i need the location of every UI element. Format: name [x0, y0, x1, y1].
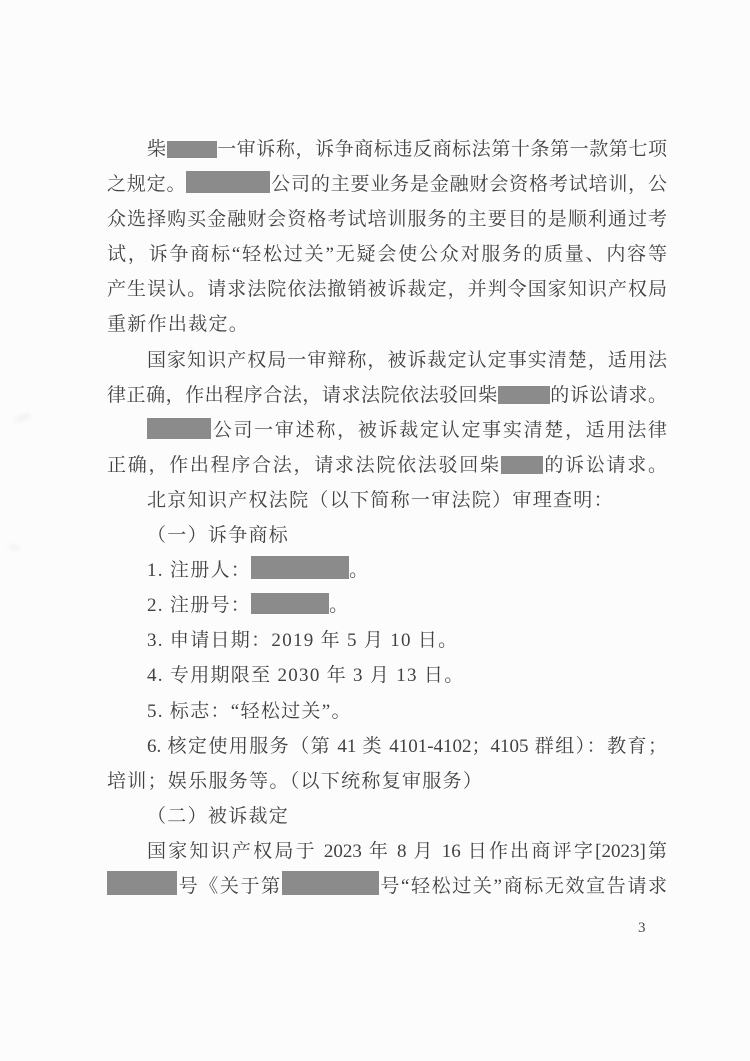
- redaction-box: [251, 556, 349, 579]
- document-line: 试，诉争商标“轻松过关”无疑会使公众对服务的质量、内容等: [107, 237, 667, 272]
- text-segment: 培训；娱乐服务等。（以下统称复审服务）: [107, 771, 483, 792]
- text-segment: 。: [329, 595, 349, 616]
- text-segment: 4. 专用期限至 2030 年 3 月 13 日。: [147, 665, 465, 686]
- text-segment: 的诉讼请求。: [543, 455, 667, 476]
- document-line: 公司一审述称，被诉裁定认定事实清楚，适用法律: [107, 413, 667, 448]
- scan-artifact: [8, 544, 21, 552]
- document-line: 律正确，作出程序合法，请求法院依法驳回柴的诉讼请求。: [107, 378, 667, 413]
- text-segment: 号“轻松过关”商标无效宣告请求: [379, 876, 667, 897]
- text-segment: 国家知识产权局一审辩称，被诉裁定认定事实清楚，适用法: [147, 350, 667, 371]
- text-segment: 柴: [147, 139, 167, 160]
- document-line: 国家知识产权局一审辩称，被诉裁定认定事实清楚，适用法: [107, 343, 667, 378]
- redaction-box: [186, 171, 270, 193]
- text-segment: 众选择购买金融财会资格考试培训服务的主要目的是顺利通过考: [107, 209, 667, 230]
- text-segment: 公司一审述称，被诉裁定认定事实清楚，适用法律: [211, 420, 667, 441]
- text-segment: （一）诉争商标: [147, 525, 289, 546]
- text-segment: 试，诉争商标“轻松过关”无疑会使公众对服务的质量、内容等: [107, 244, 667, 265]
- document-line: 培训；娱乐服务等。（以下统称复审服务）: [107, 764, 667, 799]
- document-line: 之规定。公司的主要业务是金融财会资格考试培训，公: [107, 167, 667, 202]
- text-segment: 1. 注册人：: [147, 560, 251, 581]
- text-segment: 。: [349, 560, 369, 581]
- document-line: 3. 申请日期：2019 年 5 月 10 日。: [107, 623, 667, 658]
- document-line: 6. 核定使用服务（第 41 类 4101-4102；4105 群组）：教育；: [107, 729, 667, 764]
- redaction-box: [498, 386, 550, 404]
- document-line: 柴一审诉称，诉争商标违反商标法第十条第一款第七项: [107, 132, 667, 167]
- text-segment: 6. 核定使用服务（第 41 类 4101-4102；4105 群组）：教育；: [147, 736, 667, 757]
- text-segment: 重新作出裁定。: [107, 314, 249, 335]
- document-line: 北京知识产权法院（以下简称一审法院）审理查明：: [107, 483, 667, 518]
- redaction-box: [167, 141, 217, 158]
- document-body: 柴一审诉称，诉争商标违反商标法第十条第一款第七项之规定。公司的主要业务是金融财会…: [107, 132, 667, 904]
- text-segment: 的诉讼请求。: [550, 385, 667, 406]
- scan-artifact: [14, 412, 33, 424]
- document-line: 产生误认。请求法院依法撤销被诉裁定，并判令国家知识产权局: [107, 272, 667, 307]
- redaction-box: [107, 871, 177, 895]
- text-segment: 之规定。: [107, 174, 186, 195]
- document-line: 4. 专用期限至 2030 年 3 月 13 日。: [107, 658, 667, 693]
- redaction-box: [501, 456, 543, 474]
- document-line: 重新作出裁定。: [107, 307, 667, 342]
- document-line: 2. 注册号：。: [107, 588, 667, 623]
- text-segment: 公司的主要业务是金融财会资格考试培训，公: [270, 174, 667, 195]
- redaction-box: [147, 418, 211, 439]
- text-segment: 正确，作出程序合法，请求法院依法驳回柴: [107, 455, 501, 476]
- document-line: 正确，作出程序合法，请求法院依法驳回柴的诉讼请求。: [107, 448, 667, 483]
- document-line: （二）被诉裁定: [107, 799, 667, 834]
- page-number: 3: [638, 920, 646, 937]
- scanned-document-page: 柴一审诉称，诉争商标违反商标法第十条第一款第七项之规定。公司的主要业务是金融财会…: [0, 0, 750, 1061]
- text-segment: 2. 注册号：: [147, 595, 251, 616]
- document-line: 1. 注册人：。: [107, 553, 667, 588]
- redaction-box: [251, 593, 329, 614]
- document-line: （一）诉争商标: [107, 518, 667, 553]
- text-segment: 产生误认。请求法院依法撤销被诉裁定，并判令国家知识产权局: [107, 279, 667, 300]
- text-segment: 国家知识产权局于 2023 年 8 月 16 日作出商评字[2023]第: [147, 841, 667, 862]
- text-segment: 3. 申请日期：2019 年 5 月 10 日。: [147, 630, 458, 651]
- text-segment: （二）被诉裁定: [147, 806, 289, 827]
- text-segment: 5. 标志：“轻松过关”。: [147, 701, 352, 722]
- text-segment: 号《关于第: [177, 876, 282, 897]
- redaction-box: [282, 871, 379, 895]
- text-segment: 律正确，作出程序合法，请求法院依法驳回柴: [107, 385, 498, 406]
- document-line: 国家知识产权局于 2023 年 8 月 16 日作出商评字[2023]第: [107, 834, 667, 869]
- document-line: 众选择购买金融财会资格考试培训服务的主要目的是顺利通过考: [107, 202, 667, 237]
- document-line: 5. 标志：“轻松过关”。: [107, 694, 667, 729]
- text-segment: 一审诉称，诉争商标违反商标法第十条第一款第七项: [217, 139, 667, 160]
- text-segment: 北京知识产权法院（以下简称一审法院）审理查明：: [147, 490, 614, 511]
- document-line: 号《关于第号“轻松过关”商标无效宣告请求: [107, 869, 667, 904]
